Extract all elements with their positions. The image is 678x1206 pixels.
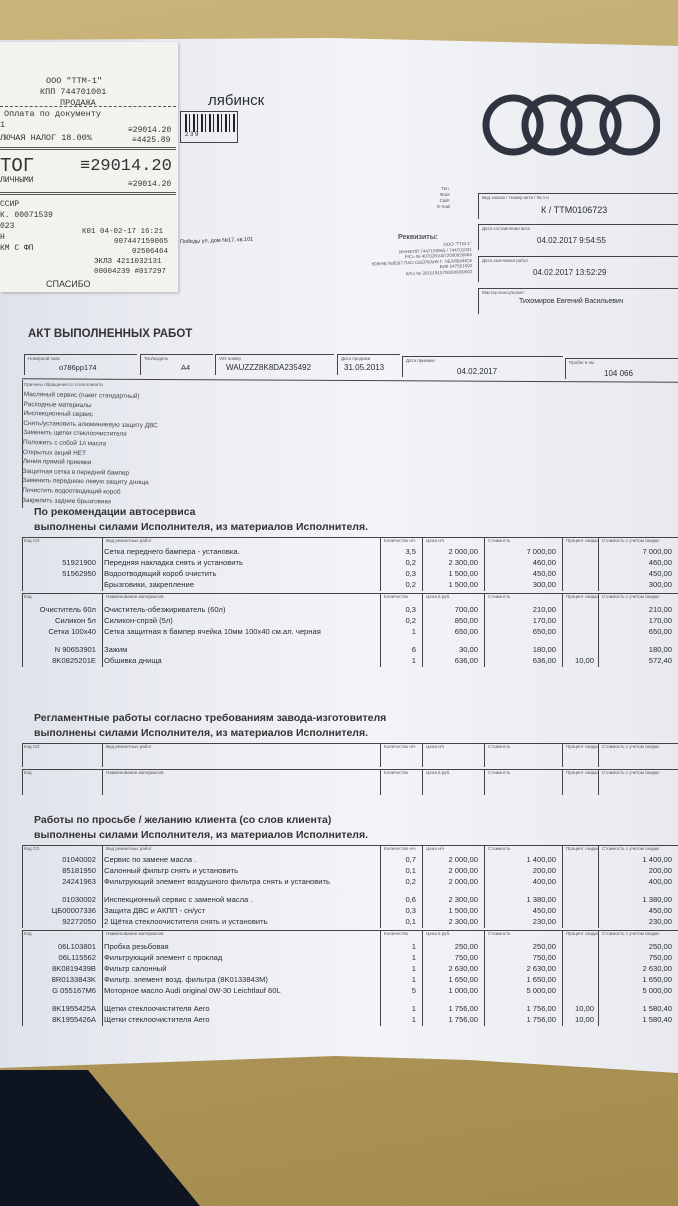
column-divider <box>102 845 103 928</box>
column-header-cost: Стоимость <box>488 538 560 543</box>
table-header-line <box>22 593 678 594</box>
cell-price: 1 500,00 <box>424 906 478 915</box>
column-header-code: Код <box>24 931 100 936</box>
table-header-line <box>22 537 678 538</box>
column-header-name: Вид ремонтных работ <box>106 744 380 749</box>
cell-code: G 055167M6 <box>22 986 96 995</box>
column-divider <box>422 769 423 795</box>
cell-code: 01040002 <box>22 855 96 864</box>
cell-qty: 1 <box>382 627 416 636</box>
column-divider <box>484 593 485 667</box>
cell-cost: 650,00 <box>486 627 556 636</box>
cell-cost: 1 756,00 <box>486 1004 556 1013</box>
cell-code: 8K0825201E <box>22 656 96 665</box>
cell-cost: 636,00 <box>486 656 556 665</box>
cell-cost: 250,00 <box>486 942 556 951</box>
cell-cost: 5 000,00 <box>486 986 556 995</box>
table-header-line <box>22 930 678 931</box>
column-divider <box>22 930 23 1026</box>
cell-name: Фильтр. элемент возд. фильтра (8K0133843… <box>104 975 376 984</box>
cell-name: Передняя накладка снять и установить <box>104 558 376 567</box>
cell-code: ЦБ00007336 <box>22 906 96 915</box>
column-divider <box>380 845 381 928</box>
cell-total: 450,00 <box>600 906 672 915</box>
cell-name: Защита ДВС и АКПП - сн/уст <box>104 906 376 915</box>
cell-cost: 180,00 <box>486 645 556 654</box>
column-divider <box>422 930 423 1026</box>
column-divider <box>380 769 381 795</box>
cell-qty: 1 <box>382 1004 416 1013</box>
cell-code: Силикон 5л <box>22 616 96 625</box>
act-title: АКТ ВЫПОЛНЕННЫХ РАБОТ <box>28 328 192 340</box>
column-divider <box>22 769 23 795</box>
cell-name: Сетка защитная в бампер ячейка 10мм 100x… <box>104 627 376 636</box>
cell-price: 1 756,00 <box>424 1015 478 1024</box>
cell-total: 1 580,40 <box>600 1004 672 1013</box>
column-divider <box>562 537 563 591</box>
column-header-total: Стоимость с учетом скидки <box>602 770 676 775</box>
cell-price: 1 000,00 <box>424 986 478 995</box>
cell-qty: 1 <box>382 1015 416 1024</box>
cell-total: 400,00 <box>600 877 672 886</box>
column-divider <box>598 537 599 591</box>
section-subtitle: выполнены силами Исполнителя, из материа… <box>34 829 368 841</box>
field-sale-date: Дата продажи31.05.2013 <box>337 354 400 375</box>
cell-code: 92272050 <box>22 917 96 926</box>
cell-code: 85181950 <box>22 866 96 875</box>
column-header-qty: Количество н/ч <box>384 538 420 543</box>
cell-qty: 0,3 <box>382 605 416 614</box>
cell-code: 06L103801 <box>22 942 96 951</box>
cell-name: Сервис по замене масла . <box>104 855 376 864</box>
column-header-cost: Стоимость <box>488 770 560 775</box>
cell-name: Очиститель-обезжириватель (60л) <box>104 605 376 614</box>
cell-price: 700,00 <box>424 605 478 614</box>
column-header-name: Наименование материалов <box>106 931 380 936</box>
table-header-line <box>22 769 678 770</box>
cell-qty: 1 <box>382 656 416 665</box>
cell-name: Моторное масло Audi original 0W-30 Leich… <box>104 986 376 995</box>
cell-code: Сетка 100x40 <box>22 627 96 636</box>
section-title: По рекомендации автосервиса <box>34 506 196 518</box>
cell-code: 8R0133843K <box>22 975 96 984</box>
cell-qty: 0,3 <box>382 906 416 915</box>
cell-name: Обшивка днища <box>104 656 376 665</box>
cell-qty: 0,6 <box>382 895 416 904</box>
order-number-box: Вид заказа / Номер акта / № з-н К / TTM0… <box>478 193 678 219</box>
column-header-name: Наименование материалов <box>106 594 380 599</box>
column-divider <box>422 743 423 767</box>
cell-cost: 400,00 <box>486 877 556 886</box>
column-header-qty: Количество <box>384 770 420 775</box>
cell-price: 850,00 <box>424 616 478 625</box>
column-divider <box>484 769 485 795</box>
cell-price: 1 756,00 <box>424 1004 478 1013</box>
cell-cost: 450,00 <box>486 569 556 578</box>
cell-code: 8K0819439B <box>22 964 96 973</box>
cell-cost: 1 380,00 <box>486 895 556 904</box>
cell-cost: 170,00 <box>486 616 556 625</box>
column-divider <box>102 743 103 767</box>
column-divider <box>484 743 485 767</box>
cell-name: Сетка переднего бампера - установка. <box>104 547 376 556</box>
requisites-title: Реквизиты: <box>398 234 438 241</box>
table-header-line <box>22 845 678 846</box>
column-divider <box>380 537 381 591</box>
cell-name: Пробка резьбовая <box>104 942 376 951</box>
cell-total: 1 400,00 <box>600 855 672 864</box>
column-header-disc: Процент скидки <box>566 594 598 599</box>
cell-code: 01030002 <box>22 895 96 904</box>
cell-disc: 10,00 <box>564 1015 594 1024</box>
cell-price: 2 300,00 <box>424 917 478 926</box>
cell-total: 1 380,00 <box>600 895 672 904</box>
cell-code: 51562950 <box>22 569 96 578</box>
column-header-qty: Количество <box>384 594 420 599</box>
field-accept-date: Дата приемки04.02.2017 <box>402 356 563 377</box>
cell-name: 2 Щётка стеклоочистителя снять и установ… <box>104 917 376 926</box>
address: Победы ул, дом №17, кв.101 <box>180 237 253 246</box>
cell-qty: 1 <box>382 942 416 951</box>
contact-labels: Тел.ФаксСайтE-mail <box>410 186 450 210</box>
column-divider <box>562 845 563 928</box>
cell-code: 51921900 <box>22 558 96 567</box>
cell-disc: 10,00 <box>564 656 594 665</box>
field-plate: Номерной знако786рр174 <box>24 354 137 375</box>
cell-name: Инспекционный сервис с заменой масла . <box>104 895 376 904</box>
column-divider <box>102 930 103 1026</box>
cell-cost: 2 630,00 <box>486 964 556 973</box>
finish-date-box: Дата окончания работ 04.02.2017 13:52:29 <box>478 256 678 282</box>
column-divider <box>562 769 563 795</box>
column-divider <box>102 537 103 591</box>
cell-name: Зажим <box>104 645 376 654</box>
cell-cost: 210,00 <box>486 605 556 614</box>
cell-qty: 0,1 <box>382 917 416 926</box>
cell-qty: 0,1 <box>382 866 416 875</box>
cell-price: 2 000,00 <box>424 547 478 556</box>
column-header-qty: Количество н/ч <box>384 744 420 749</box>
cell-cost: 300,00 <box>486 580 556 589</box>
column-header-qty: Количество <box>384 931 420 936</box>
cell-total: 250,00 <box>600 942 672 951</box>
cell-price: 2 300,00 <box>424 558 478 567</box>
cell-qty: 1 <box>382 953 416 962</box>
reasons-list: Масляный сервис (пакет стандартный)Расхо… <box>22 390 158 507</box>
cell-name: Фильтр салонный <box>104 964 376 973</box>
cell-total: 170,00 <box>600 616 672 625</box>
cell-cost: 1 650,00 <box>486 975 556 984</box>
requisites: ООО "ТТМ-1"ИНН/КПП 7447159065 / 74470100… <box>299 241 472 280</box>
column-divider <box>102 593 103 667</box>
column-header-qty: Количество н/ч <box>384 846 420 851</box>
column-header-name: Вид ремонтных работ <box>106 846 380 851</box>
column-divider <box>598 769 599 795</box>
table-header-line <box>22 743 678 744</box>
column-header-price: Цена н/ч <box>426 744 482 749</box>
column-header-name: Наименование материалов <box>106 770 380 775</box>
column-divider <box>598 743 599 767</box>
cell-disc: 10,00 <box>564 1004 594 1013</box>
cell-code: 8K1955425A <box>22 1004 96 1013</box>
cell-price: 30,00 <box>424 645 478 654</box>
act-date-box: Дата составления акта 04.02.2017 9:54:55 <box>478 224 678 250</box>
section-title: Регламентные работы согласно требованиям… <box>34 712 386 724</box>
column-divider <box>380 930 381 1026</box>
cell-qty: 1 <box>382 964 416 973</box>
column-header-cost: Стоимость <box>488 931 560 936</box>
cell-price: 636,00 <box>424 656 478 665</box>
cell-code: Очиститель 60л <box>22 605 96 614</box>
city-name: лябинск <box>208 92 264 109</box>
cell-name: Водоотводящий короб очистить <box>104 569 376 578</box>
column-divider <box>22 845 23 928</box>
cell-price: 650,00 <box>424 627 478 636</box>
cell-total: 300,00 <box>600 580 672 589</box>
cell-total: 1 650,00 <box>600 975 672 984</box>
cell-price: 2 630,00 <box>424 964 478 973</box>
cell-name: Салонный фильтр снять и установить <box>104 866 376 875</box>
cell-name: Фильтрующий элемент воздушного фильтра с… <box>104 877 376 886</box>
column-divider <box>422 537 423 591</box>
column-divider <box>22 537 23 591</box>
column-header-price: Цена н/ч <box>426 846 482 851</box>
cell-total: 450,00 <box>600 569 672 578</box>
column-header-disc: Процент скидки <box>566 770 598 775</box>
cell-qty: 5 <box>382 986 416 995</box>
column-header-total: Стоимость с учетом скидки <box>602 846 676 851</box>
cell-name: Щетки стеклоочистителя Aero <box>104 1004 376 1013</box>
column-divider <box>22 743 23 767</box>
cell-price: 2 000,00 <box>424 855 478 864</box>
cell-total: 572,40 <box>600 656 672 665</box>
cell-name: Фильтрующий элемент с проклад <box>104 953 376 962</box>
column-header-disc: Процент скидки <box>566 846 598 851</box>
cell-cost: 1 400,00 <box>486 855 556 864</box>
column-header-disc: Процент скидки <box>566 931 598 936</box>
cell-qty: 6 <box>382 645 416 654</box>
column-header-total: Стоимость с учетом скидки <box>602 931 676 936</box>
column-divider <box>422 593 423 667</box>
cash-receipt: ООО "ТТМ-1" КПП 744701001 ПРОДАЖА Оплата… <box>0 42 178 292</box>
column-header-disc: Процент скидки <box>566 744 598 749</box>
cell-cost: 450,00 <box>486 906 556 915</box>
column-divider <box>598 593 599 667</box>
cell-price: 2 000,00 <box>424 877 478 886</box>
cell-qty: 0,2 <box>382 616 416 625</box>
cell-cost: 7 000,00 <box>486 547 556 556</box>
column-header-total: Стоимость с учетом скидки <box>602 744 676 749</box>
column-divider <box>598 845 599 928</box>
cell-cost: 200,00 <box>486 866 556 875</box>
column-header-code: Код <box>24 770 100 775</box>
column-header-cost: Стоимость <box>488 594 560 599</box>
column-divider <box>422 845 423 928</box>
column-header-total: Стоимость с учетом скидки <box>602 594 676 599</box>
master-box: Мастер-консультант Тихомиров Евгений Вас… <box>478 288 678 314</box>
column-header-code: Код СО <box>24 846 100 851</box>
column-header-cost: Стоимость <box>488 846 560 851</box>
column-divider <box>22 593 23 667</box>
column-divider <box>380 593 381 667</box>
cell-total: 200,00 <box>600 866 672 875</box>
column-divider <box>562 593 563 667</box>
cell-total: 5 000,00 <box>600 986 672 995</box>
cell-name: Щетки стеклоочистителя Aero <box>104 1015 376 1024</box>
cell-name: Силикон-спрэй (5л) <box>104 616 376 625</box>
cell-cost: 460,00 <box>486 558 556 567</box>
cell-total: 2 630,00 <box>600 964 672 973</box>
column-header-total: Стоимость с учетом скидки <box>602 538 676 543</box>
section-subtitle: выполнены силами Исполнителя, из материа… <box>34 521 368 533</box>
cell-name: Брызговики, закрепление <box>104 580 376 589</box>
cell-total: 750,00 <box>600 953 672 962</box>
cell-code: 8K1955426A <box>22 1015 96 1024</box>
column-divider <box>484 845 485 928</box>
cell-total: 230,00 <box>600 917 672 926</box>
column-header-price: Цена в руб. <box>426 770 482 775</box>
column-divider <box>102 769 103 795</box>
cell-total: 7 000,00 <box>600 547 672 556</box>
field-mileage: Пробег в км104 066 <box>565 358 678 379</box>
cell-qty: 0,2 <box>382 580 416 589</box>
cell-price: 1 500,00 <box>424 569 478 578</box>
cell-total: 210,00 <box>600 605 672 614</box>
column-header-code: Код СО <box>24 744 100 749</box>
section-title: Работы по просьбе / желанию клиента (со … <box>34 814 331 826</box>
field-model: Тип/модельА4 <box>140 354 213 375</box>
column-header-disc: Процент скидки <box>566 538 598 543</box>
column-header-cost: Стоимость <box>488 744 560 749</box>
cell-qty: 0,7 <box>382 855 416 864</box>
column-divider <box>562 743 563 767</box>
cell-total: 460,00 <box>600 558 672 567</box>
cell-price: 1 650,00 <box>424 975 478 984</box>
barcode: 2 3 9 <box>180 111 238 143</box>
cell-price: 2 000,00 <box>424 866 478 875</box>
column-header-name: Вид ремонтных работ <box>106 538 380 543</box>
cell-total: 1 580,40 <box>600 1015 672 1024</box>
column-header-code: Код СО <box>24 538 100 543</box>
reasons-label: Причины обращения со слов клиента <box>24 382 103 387</box>
cell-qty: 0,3 <box>382 569 416 578</box>
column-divider <box>598 930 599 1026</box>
column-header-price: Цена н/ч <box>426 538 482 543</box>
audi-logo-icon <box>482 92 660 158</box>
cell-total: 650,00 <box>600 627 672 636</box>
cell-code: 24241963 <box>22 877 96 886</box>
cell-qty: 0,2 <box>382 877 416 886</box>
cell-cost: 230,00 <box>486 917 556 926</box>
cell-price: 750,00 <box>424 953 478 962</box>
cell-code: N 90653901 <box>22 645 96 654</box>
cell-price: 1 500,00 <box>424 580 478 589</box>
cell-code: 06L115562 <box>22 953 96 962</box>
section-subtitle: выполнены силами Исполнителя, из материа… <box>34 727 368 739</box>
cell-qty: 1 <box>382 975 416 984</box>
cell-cost: 750,00 <box>486 953 556 962</box>
column-divider <box>562 930 563 1026</box>
cell-qty: 3,5 <box>382 547 416 556</box>
field-vin: VIN номерWAUZZZ8K8DA235492 <box>215 354 334 375</box>
column-divider <box>484 537 485 591</box>
column-header-price: Цена в руб. <box>426 931 482 936</box>
column-divider <box>484 930 485 1026</box>
column-header-code: Код <box>24 594 100 599</box>
column-header-price: Цена в руб. <box>426 594 482 599</box>
cell-total: 180,00 <box>600 645 672 654</box>
cell-price: 2 300,00 <box>424 895 478 904</box>
column-divider <box>380 743 381 767</box>
cell-price: 250,00 <box>424 942 478 951</box>
cell-cost: 1 756,00 <box>486 1015 556 1024</box>
cell-qty: 0,2 <box>382 558 416 567</box>
